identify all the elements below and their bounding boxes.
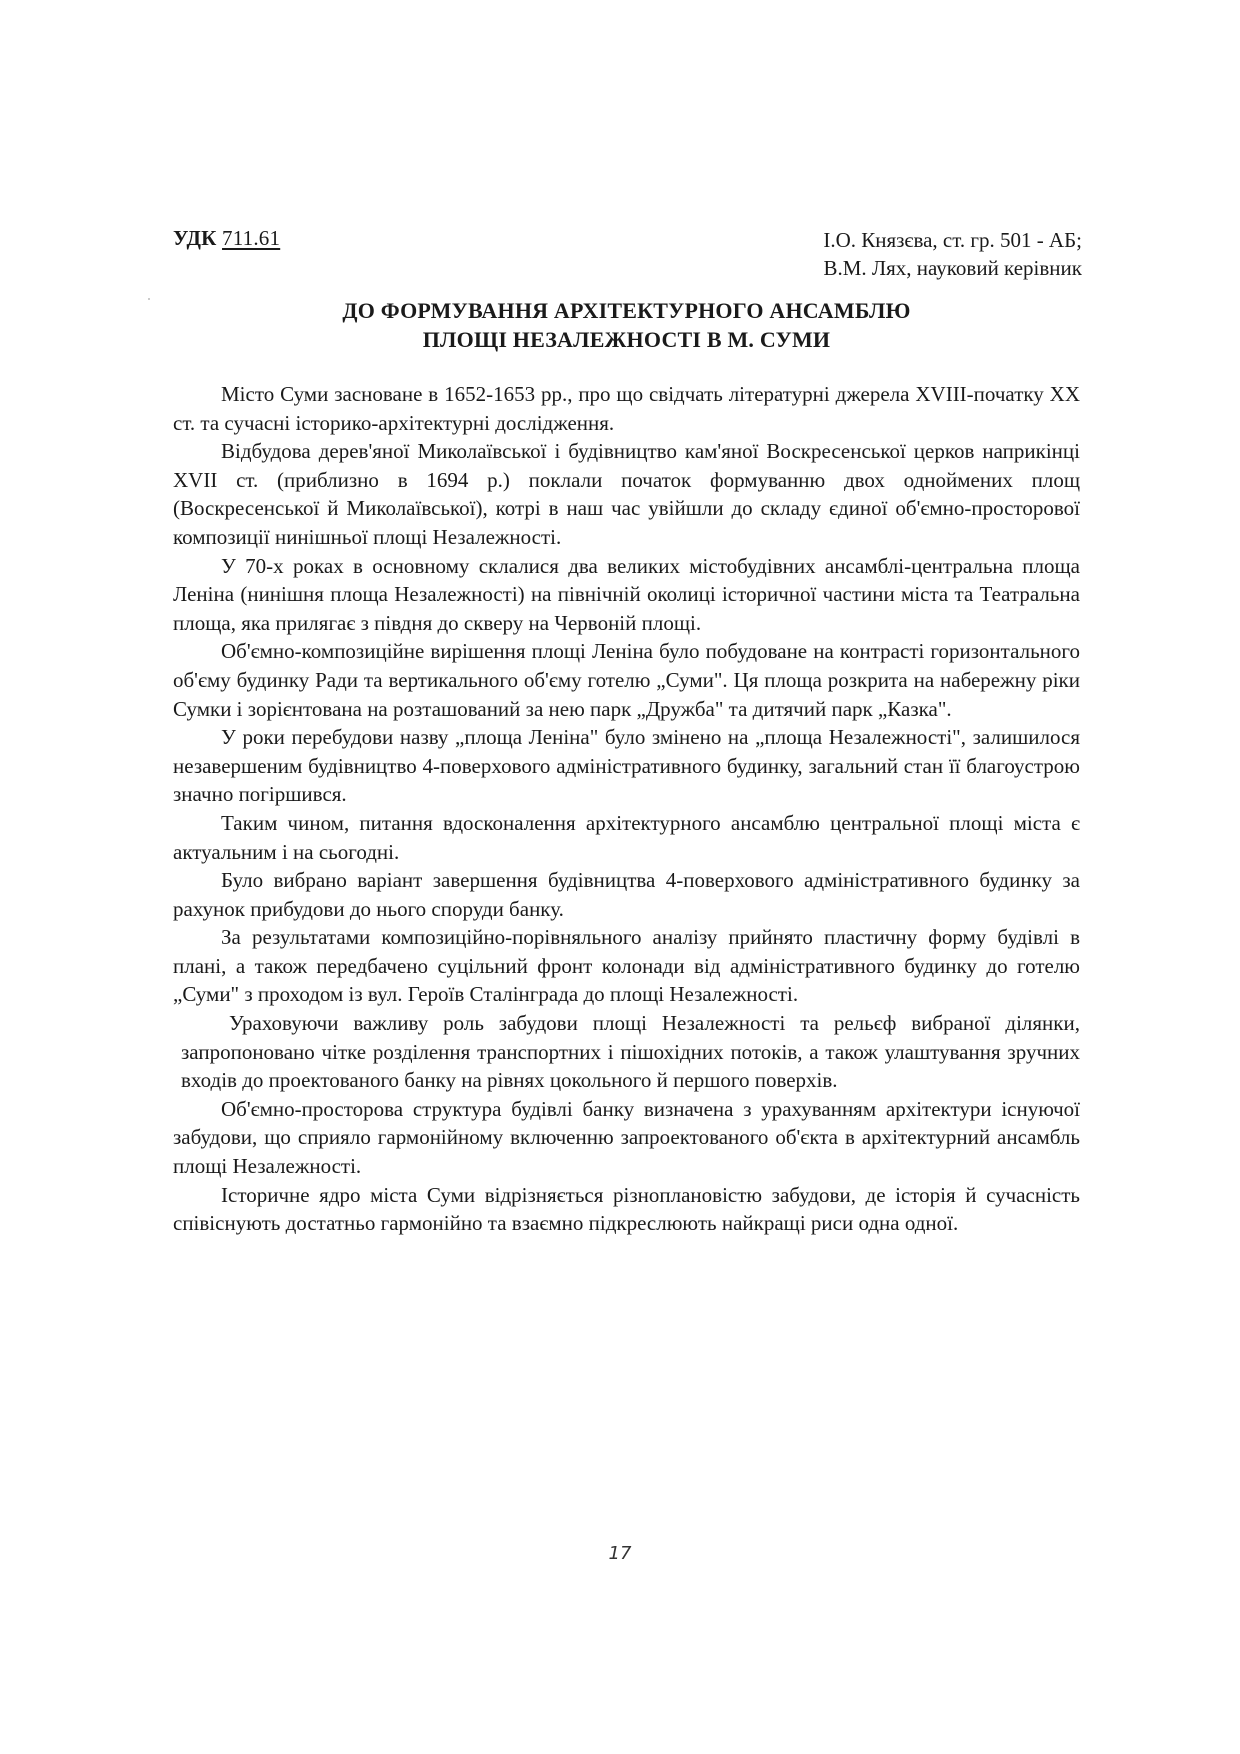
title-line-2: ПЛОЩІ НЕЗАЛЕЖНОСТІ В М. СУМИ xyxy=(173,325,1080,354)
article-body: Місто Суми засноване в 1652-1653 рр., пр… xyxy=(173,380,1080,1238)
author-supervisor: В.М. Лях, науковий керівник xyxy=(823,254,1082,282)
document-page: УДК 711.61 І.О. Князєва, ст. гр. 501 - А… xyxy=(0,0,1240,1754)
paragraph-analysis: За результатами композиційно-порівняльно… xyxy=(173,923,1080,1009)
udk-label: УДК xyxy=(173,226,217,250)
paragraph-traffic: Ураховуючи важливу роль забудови площі Н… xyxy=(173,1009,1080,1095)
udk-classification: УДК 711.61 xyxy=(173,226,280,251)
article-title: ДО ФОРМУВАННЯ АРХІТЕКТУРНОГО АНСАМБЛЮ ПЛ… xyxy=(173,296,1080,354)
authors-block: І.О. Князєва, ст. гр. 501 - АБ; В.М. Лях… xyxy=(823,226,1082,282)
scan-speck xyxy=(148,298,150,300)
paragraph-variant: Було вибрано варіант завершення будівниц… xyxy=(173,866,1080,923)
paragraph-70s-ensembles: У 70-х роках в основному склалися два ве… xyxy=(173,552,1080,638)
udk-code: 711.61 xyxy=(222,226,280,250)
page-number: 17 xyxy=(0,1543,1240,1564)
author-student: І.О. Князєва, ст. гр. 501 - АБ; xyxy=(823,226,1082,254)
paragraph-perestroika: У роки перебудови назву „площа Леніна" б… xyxy=(173,723,1080,809)
paragraph-conclusion: Історичне ядро міста Суми відрізняється … xyxy=(173,1181,1080,1238)
paragraph-structure: Об'ємно-просторова структура будівлі бан… xyxy=(173,1095,1080,1181)
title-line-1: ДО ФОРМУВАННЯ АРХІТЕКТУРНОГО АНСАМБЛЮ xyxy=(173,296,1080,325)
paragraph-founding: Місто Суми засноване в 1652-1653 рр., пр… xyxy=(173,380,1080,437)
paragraph-relevance: Таким чином, питання вдосконалення архіт… xyxy=(173,809,1080,866)
paragraph-lenin-square: Об'ємно-композиційне вирішення площі Лен… xyxy=(173,637,1080,723)
paragraph-churches: Відбудова дерев'яної Миколаївської і буд… xyxy=(173,437,1080,551)
